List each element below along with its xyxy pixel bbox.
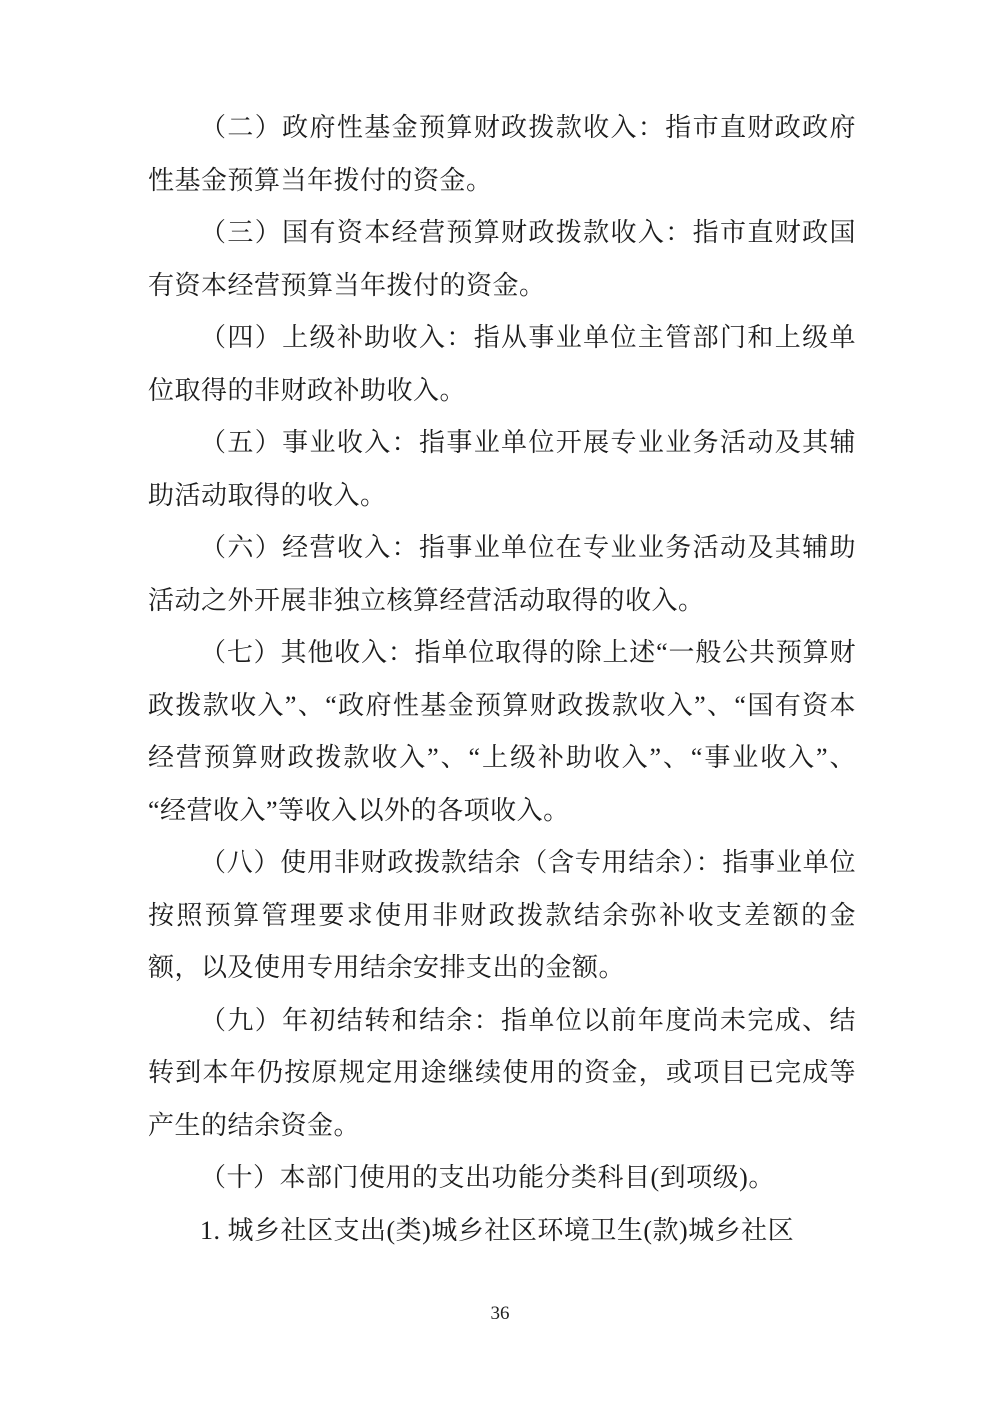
paragraph-1: （二）政府性基金预算财政拨款收入：指市直财政政府性基金预算当年拨付的资金。 — [148, 102, 856, 207]
document-page: （二）政府性基金预算财政拨款收入：指市直财政政府性基金预算当年拨付的资金。 （三… — [0, 0, 1000, 1414]
paragraph-2: （三）国有资本经营预算财政拨款收入：指市直财政国有资本经营预算当年拨付的资金。 — [148, 207, 856, 312]
paragraph-5: （六）经营收入：指事业单位在专业业务活动及其辅助活动之外开展非独立核算经营活动取… — [148, 522, 856, 627]
page-number: 36 — [491, 1303, 510, 1324]
paragraph-10: 1. 城乡社区支出(类)城乡社区环境卫生(款)城乡社区 — [148, 1205, 856, 1258]
paragraph-6: （七）其他收入：指单位取得的除上述“一般公共预算财政拨款收入”、“政府性基金预算… — [148, 627, 856, 837]
paragraph-8: （九）年初结转和结余：指单位以前年度尚未完成、结转到本年仍按原规定用途继续使用的… — [148, 995, 856, 1153]
paragraph-9: （十）本部门使用的支出功能分类科目(到项级)。 — [148, 1152, 856, 1205]
page-footer: 36 — [0, 1303, 1000, 1325]
paragraph-4: （五）事业收入：指事业单位开展专业业务活动及其辅助活动取得的收入。 — [148, 417, 856, 522]
document-body: （二）政府性基金预算财政拨款收入：指市直财政政府性基金预算当年拨付的资金。 （三… — [148, 102, 856, 1257]
paragraph-7: （八）使用非财政拨款结余（含专用结余）：指事业单位按照预算管理要求使用非财政拨款… — [148, 837, 856, 995]
paragraph-3: （四）上级补助收入：指从事业单位主管部门和上级单位取得的非财政补助收入。 — [148, 312, 856, 417]
